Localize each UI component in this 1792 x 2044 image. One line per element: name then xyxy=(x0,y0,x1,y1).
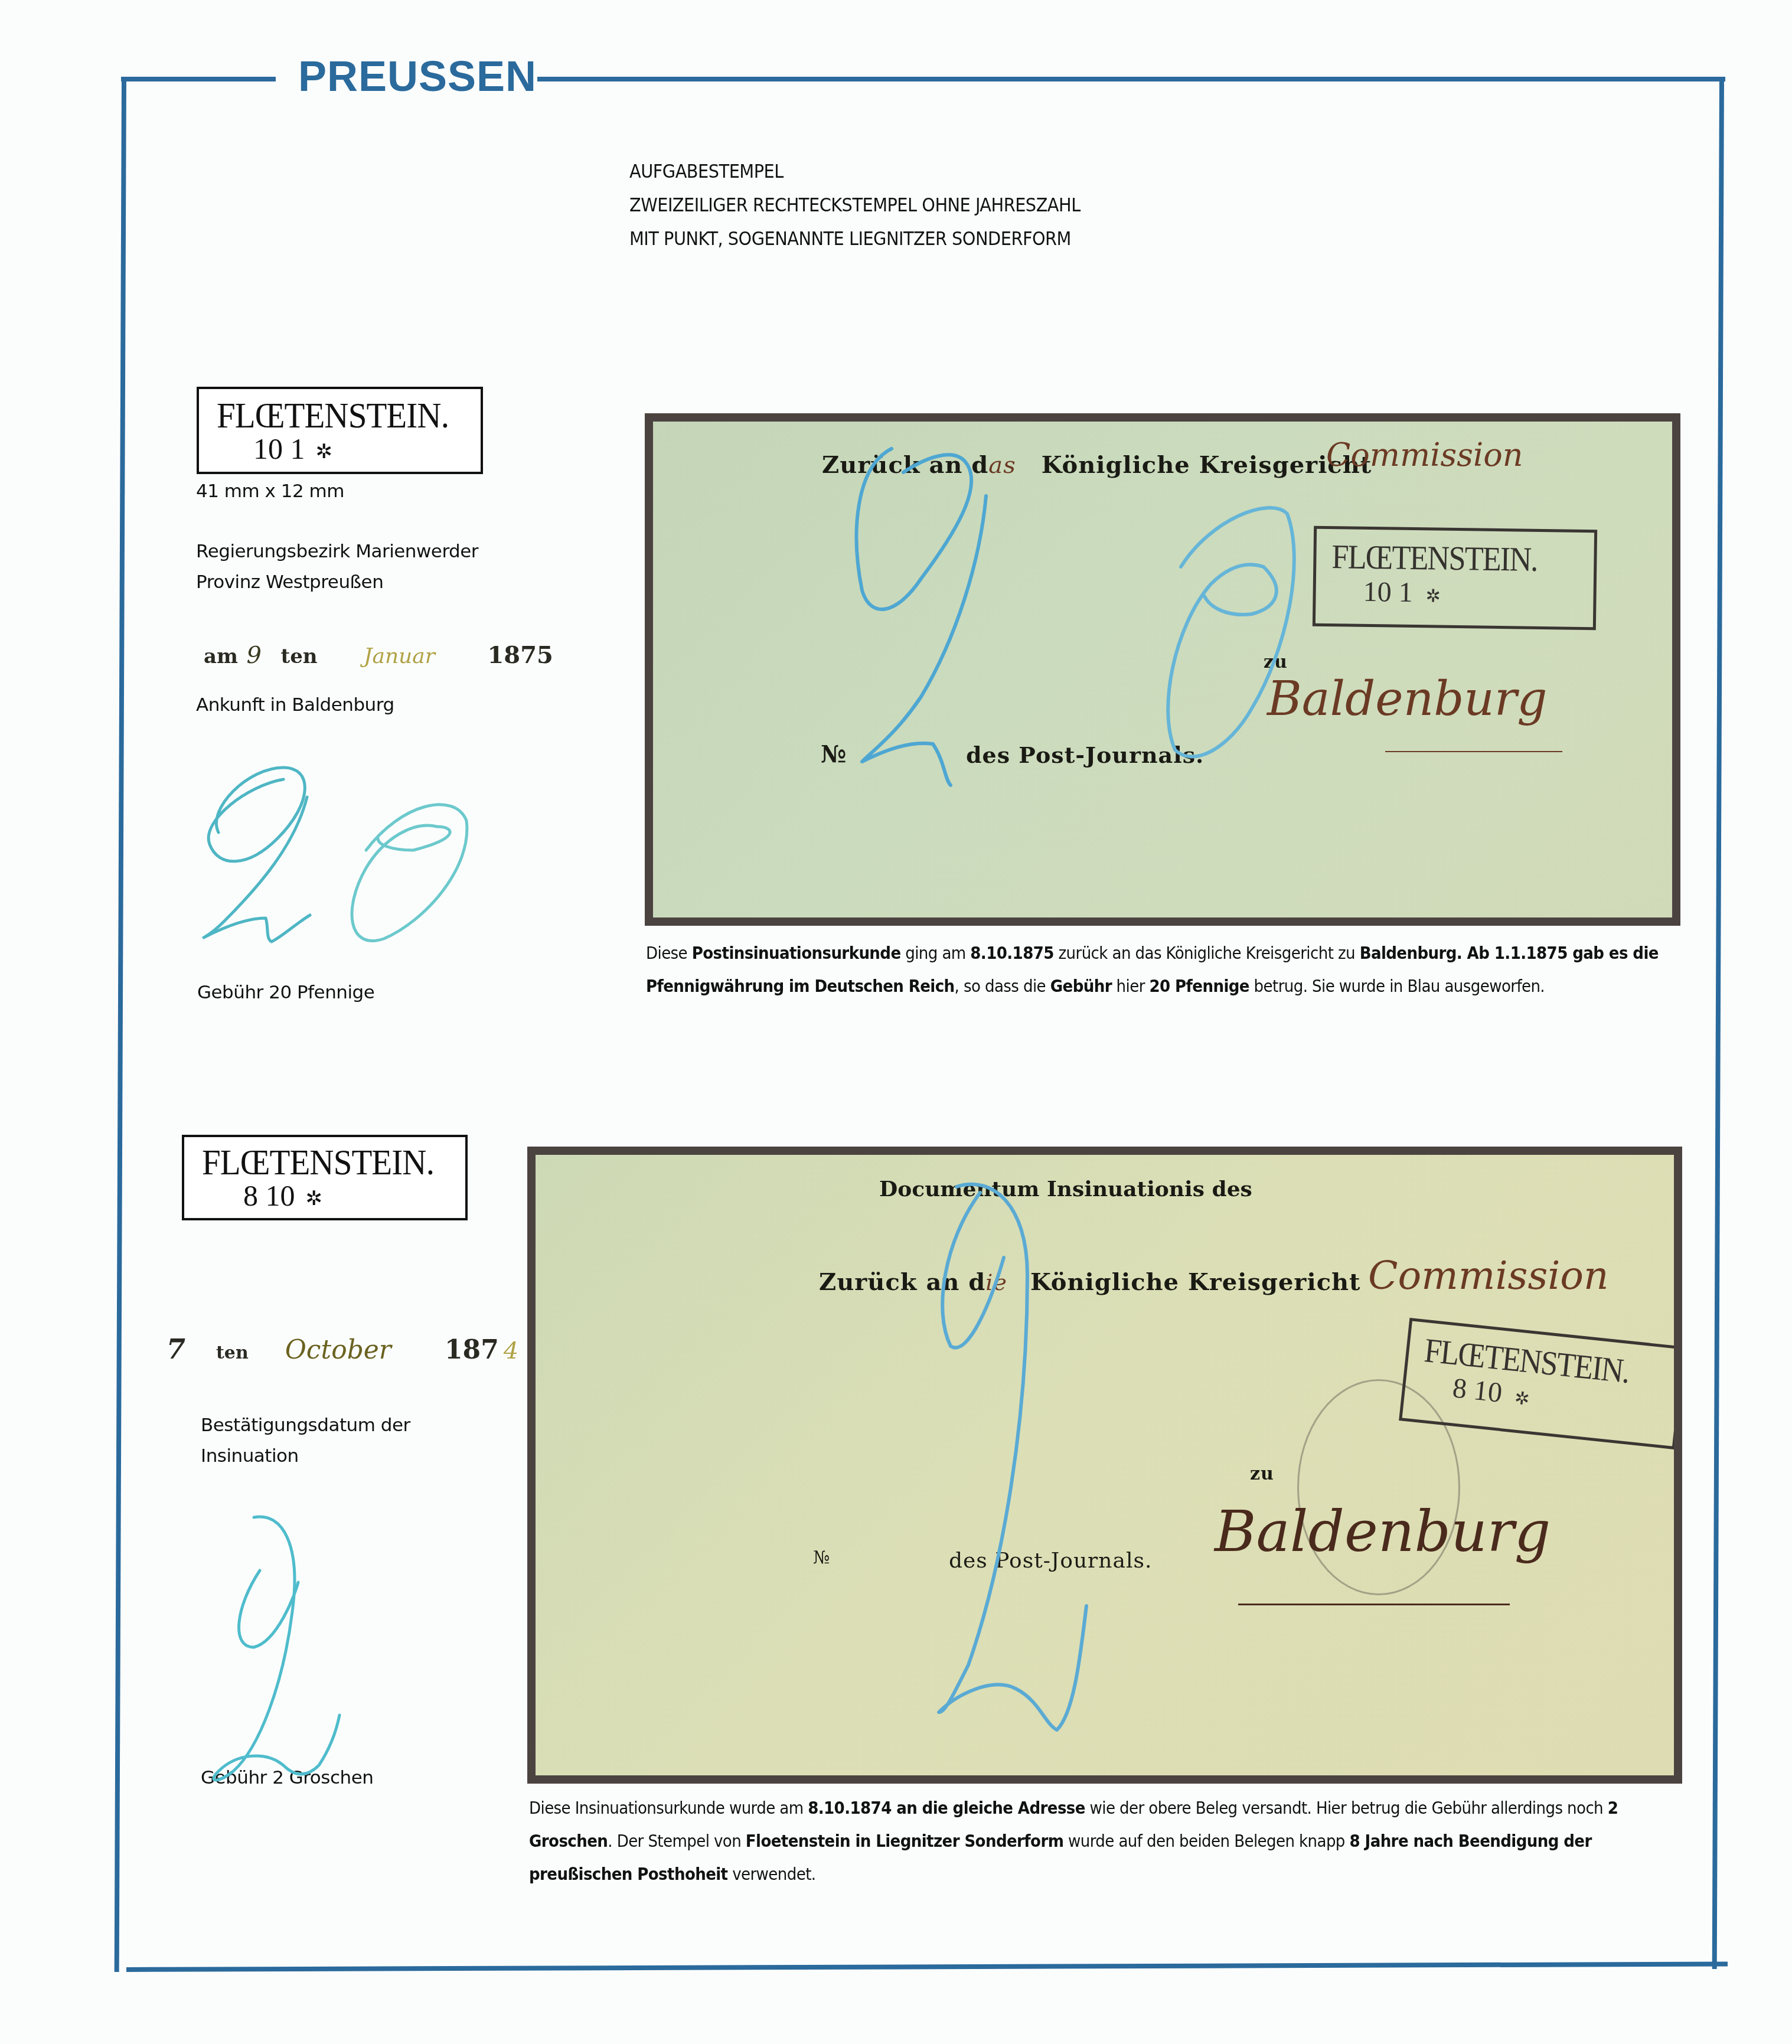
document-1-caption: Diese Postinsinuationsurkunde ging am 8.… xyxy=(646,936,1679,1003)
header-line-3: MIT PUNKT, SOGENANNTE LIEGNITZER SONDERF… xyxy=(629,222,1081,256)
doc1-floetenstein-stamp: FLŒTENSTEIN. 10 1✲ xyxy=(1313,526,1597,631)
caption-run: verwendet. xyxy=(728,1864,816,1884)
caption-run: Floetenstein in Liegnitzer Sonderform xyxy=(746,1831,1063,1851)
side-fee-2-handwritten xyxy=(201,1511,354,1783)
arrival-year: 1875 xyxy=(487,641,553,669)
star-icon: ✲ xyxy=(316,441,333,463)
frame-bottom xyxy=(126,1962,1728,1972)
confirm-ten: ten xyxy=(216,1343,249,1363)
confirm-year-printed: 187 xyxy=(445,1335,499,1365)
doc2-zu: zu xyxy=(1250,1465,1274,1483)
doc1-stamp-date: 10 1✲ xyxy=(1363,578,1441,608)
confirm-day: 7 xyxy=(167,1333,185,1365)
document-1-paper: Zurück an das Königliche Kreisgericht Co… xyxy=(653,422,1672,917)
doc1-hand-baldenburg: Baldenburg xyxy=(1267,675,1547,723)
stamp-date: 10 1✲ xyxy=(253,434,332,463)
confirm-year-hand: 4 xyxy=(504,1337,518,1364)
doc2-post-journal: des Post-Journals. xyxy=(949,1550,1152,1572)
arrival-day: 9 xyxy=(247,642,262,669)
caption-run: , so dass die xyxy=(955,976,1050,996)
doc1-hand-insert: as xyxy=(988,452,1016,479)
document-1-mount: Zurück an das Königliche Kreisgericht Co… xyxy=(645,413,1680,926)
stamp-size-label: 41 mm x 12 mm xyxy=(196,476,344,507)
caption-run: betrug. Sie wurde in Blau ausgeworfen. xyxy=(1249,976,1545,996)
doc1-stamp-name: FLŒTENSTEIN. xyxy=(1331,540,1538,577)
document-2-mount: Documentum Insinuationis des Zurück an d… xyxy=(527,1147,1682,1784)
page-title: PREUSSEN xyxy=(298,55,537,98)
region-line-1: Regierungsbezirk Marienwerder xyxy=(196,536,478,567)
doc1-address-line: Zurück an das Königliche Kreisgericht xyxy=(822,453,1372,477)
caption-run: ging am xyxy=(901,943,971,963)
frame-right xyxy=(1712,77,1724,1969)
doc2-hand-insert: ie xyxy=(985,1269,1007,1295)
doc2-stamp-date-value: 8 10 xyxy=(1451,1372,1504,1408)
stamp-date-value: 8 10 xyxy=(243,1179,295,1212)
frame-top-left-segment xyxy=(121,77,276,81)
caption-run: 20 Pfennige xyxy=(1149,976,1249,996)
header-line-1: AUFGABESTEMPEL xyxy=(629,155,1081,188)
doc2-address-line: Zurück an die Königliche Kreisgericht xyxy=(819,1271,1361,1294)
caption-run: wie der obere Beleg versandt. Hier betru… xyxy=(1085,1798,1608,1818)
caption-run: wurde auf den beiden Belegen knapp xyxy=(1063,1831,1349,1851)
arrival-ten: ten xyxy=(280,645,317,668)
doc1-number-mark: № xyxy=(821,743,847,766)
doc1-printed-kreisgericht: Königliche Kreisgericht xyxy=(1042,451,1372,479)
region-line-2: Provinz Westpreußen xyxy=(196,567,383,597)
doc2-title: Documentum Insinuationis des xyxy=(879,1178,1252,1200)
doc2-hand-commission: Commission xyxy=(1368,1256,1609,1295)
page-header: AUFGABESTEMPEL ZWEIZEILIGER RECHTECKSTEM… xyxy=(629,155,1081,256)
doc2-number-mark: № xyxy=(813,1549,830,1567)
doc2-printed-kreisgericht: Königliche Kreisgericht xyxy=(1030,1268,1361,1296)
caption-run: Diese xyxy=(646,943,692,963)
stamp-date-value: 10 1 xyxy=(253,432,305,465)
confirm-label-line-2: Insinuation xyxy=(201,1441,299,1471)
caption-run: 8.10.1874 an die gleiche Adresse xyxy=(808,1798,1085,1818)
frame-left xyxy=(115,77,126,1972)
doc1-printed-zurueck: Zurück an d xyxy=(822,451,988,479)
doc1-hand-commission: Commission xyxy=(1326,439,1523,471)
doc1-post-journal: des Post-Journals. xyxy=(966,744,1204,766)
confirmation-date-strip: 7 ten October 1874 xyxy=(167,1336,518,1363)
stamp-town-name: FLŒTENSTEIN. xyxy=(217,397,449,434)
caption-run: hier xyxy=(1112,976,1150,996)
doc2-underline xyxy=(1238,1604,1510,1605)
stamp-illustration-1: FLŒTENSTEIN. 10 1✲ xyxy=(197,387,483,474)
caption-run: Diese Insinuationsurkunde wurde am xyxy=(529,1798,808,1818)
doc2-hand-baldenburg: Baldenburg xyxy=(1215,1503,1551,1560)
header-line-2: ZWEIZEILIGER RECHTECKSTEMPEL OHNE JAHRES… xyxy=(629,188,1081,222)
caption-run: zurück an das Königliche Kreisgericht zu xyxy=(1054,943,1360,963)
star-icon: ✲ xyxy=(1425,586,1441,606)
confirm-month: October xyxy=(285,1335,391,1365)
side-fee-20-handwritten xyxy=(195,762,478,951)
arrival-label: Ankunft in Baldenburg xyxy=(196,690,394,720)
doc1-stamp-date-value: 10 1 xyxy=(1363,576,1413,608)
stamp-date: 8 10✲ xyxy=(243,1181,322,1210)
fee-label-2: Gebühr 2 Groschen xyxy=(201,1762,373,1793)
arrival-month: Januar xyxy=(364,644,435,668)
doc1-zu: zu xyxy=(1264,654,1288,671)
fee-label-1: Gebühr 20 Pfennige xyxy=(197,977,374,1008)
caption-run: Postinsinuationsurkunde xyxy=(692,943,901,963)
document-2-caption: Diese Insinuationsurkunde wurde am 8.10.… xyxy=(529,1791,1686,1890)
frame-top-right-segment xyxy=(537,77,1725,81)
caption-run: Gebühr xyxy=(1050,976,1112,996)
stamp-town-name: FLŒTENSTEIN. xyxy=(202,1144,434,1181)
doc2-stamp-date: 8 10✲ xyxy=(1451,1374,1531,1410)
arrival-date-strip: am 9 ten Januar 1875 xyxy=(204,644,553,667)
confirm-label-line-1: Bestätigungsdatum der xyxy=(201,1410,410,1441)
document-2-paper: Documentum Insinuationis des Zurück an d… xyxy=(536,1155,1674,1775)
doc1-underline xyxy=(1385,751,1562,752)
caption-run: . Der Stempel von xyxy=(608,1831,746,1851)
star-icon: ✲ xyxy=(306,1188,323,1210)
arrival-prefix: am xyxy=(204,645,238,668)
doc2-printed-zurueck: Zurück an d xyxy=(819,1268,985,1296)
stamp-illustration-2: FLŒTENSTEIN. 8 10✲ xyxy=(182,1135,468,1220)
star-icon: ✲ xyxy=(1513,1388,1530,1409)
caption-run: 8.10.1875 xyxy=(970,943,1054,963)
